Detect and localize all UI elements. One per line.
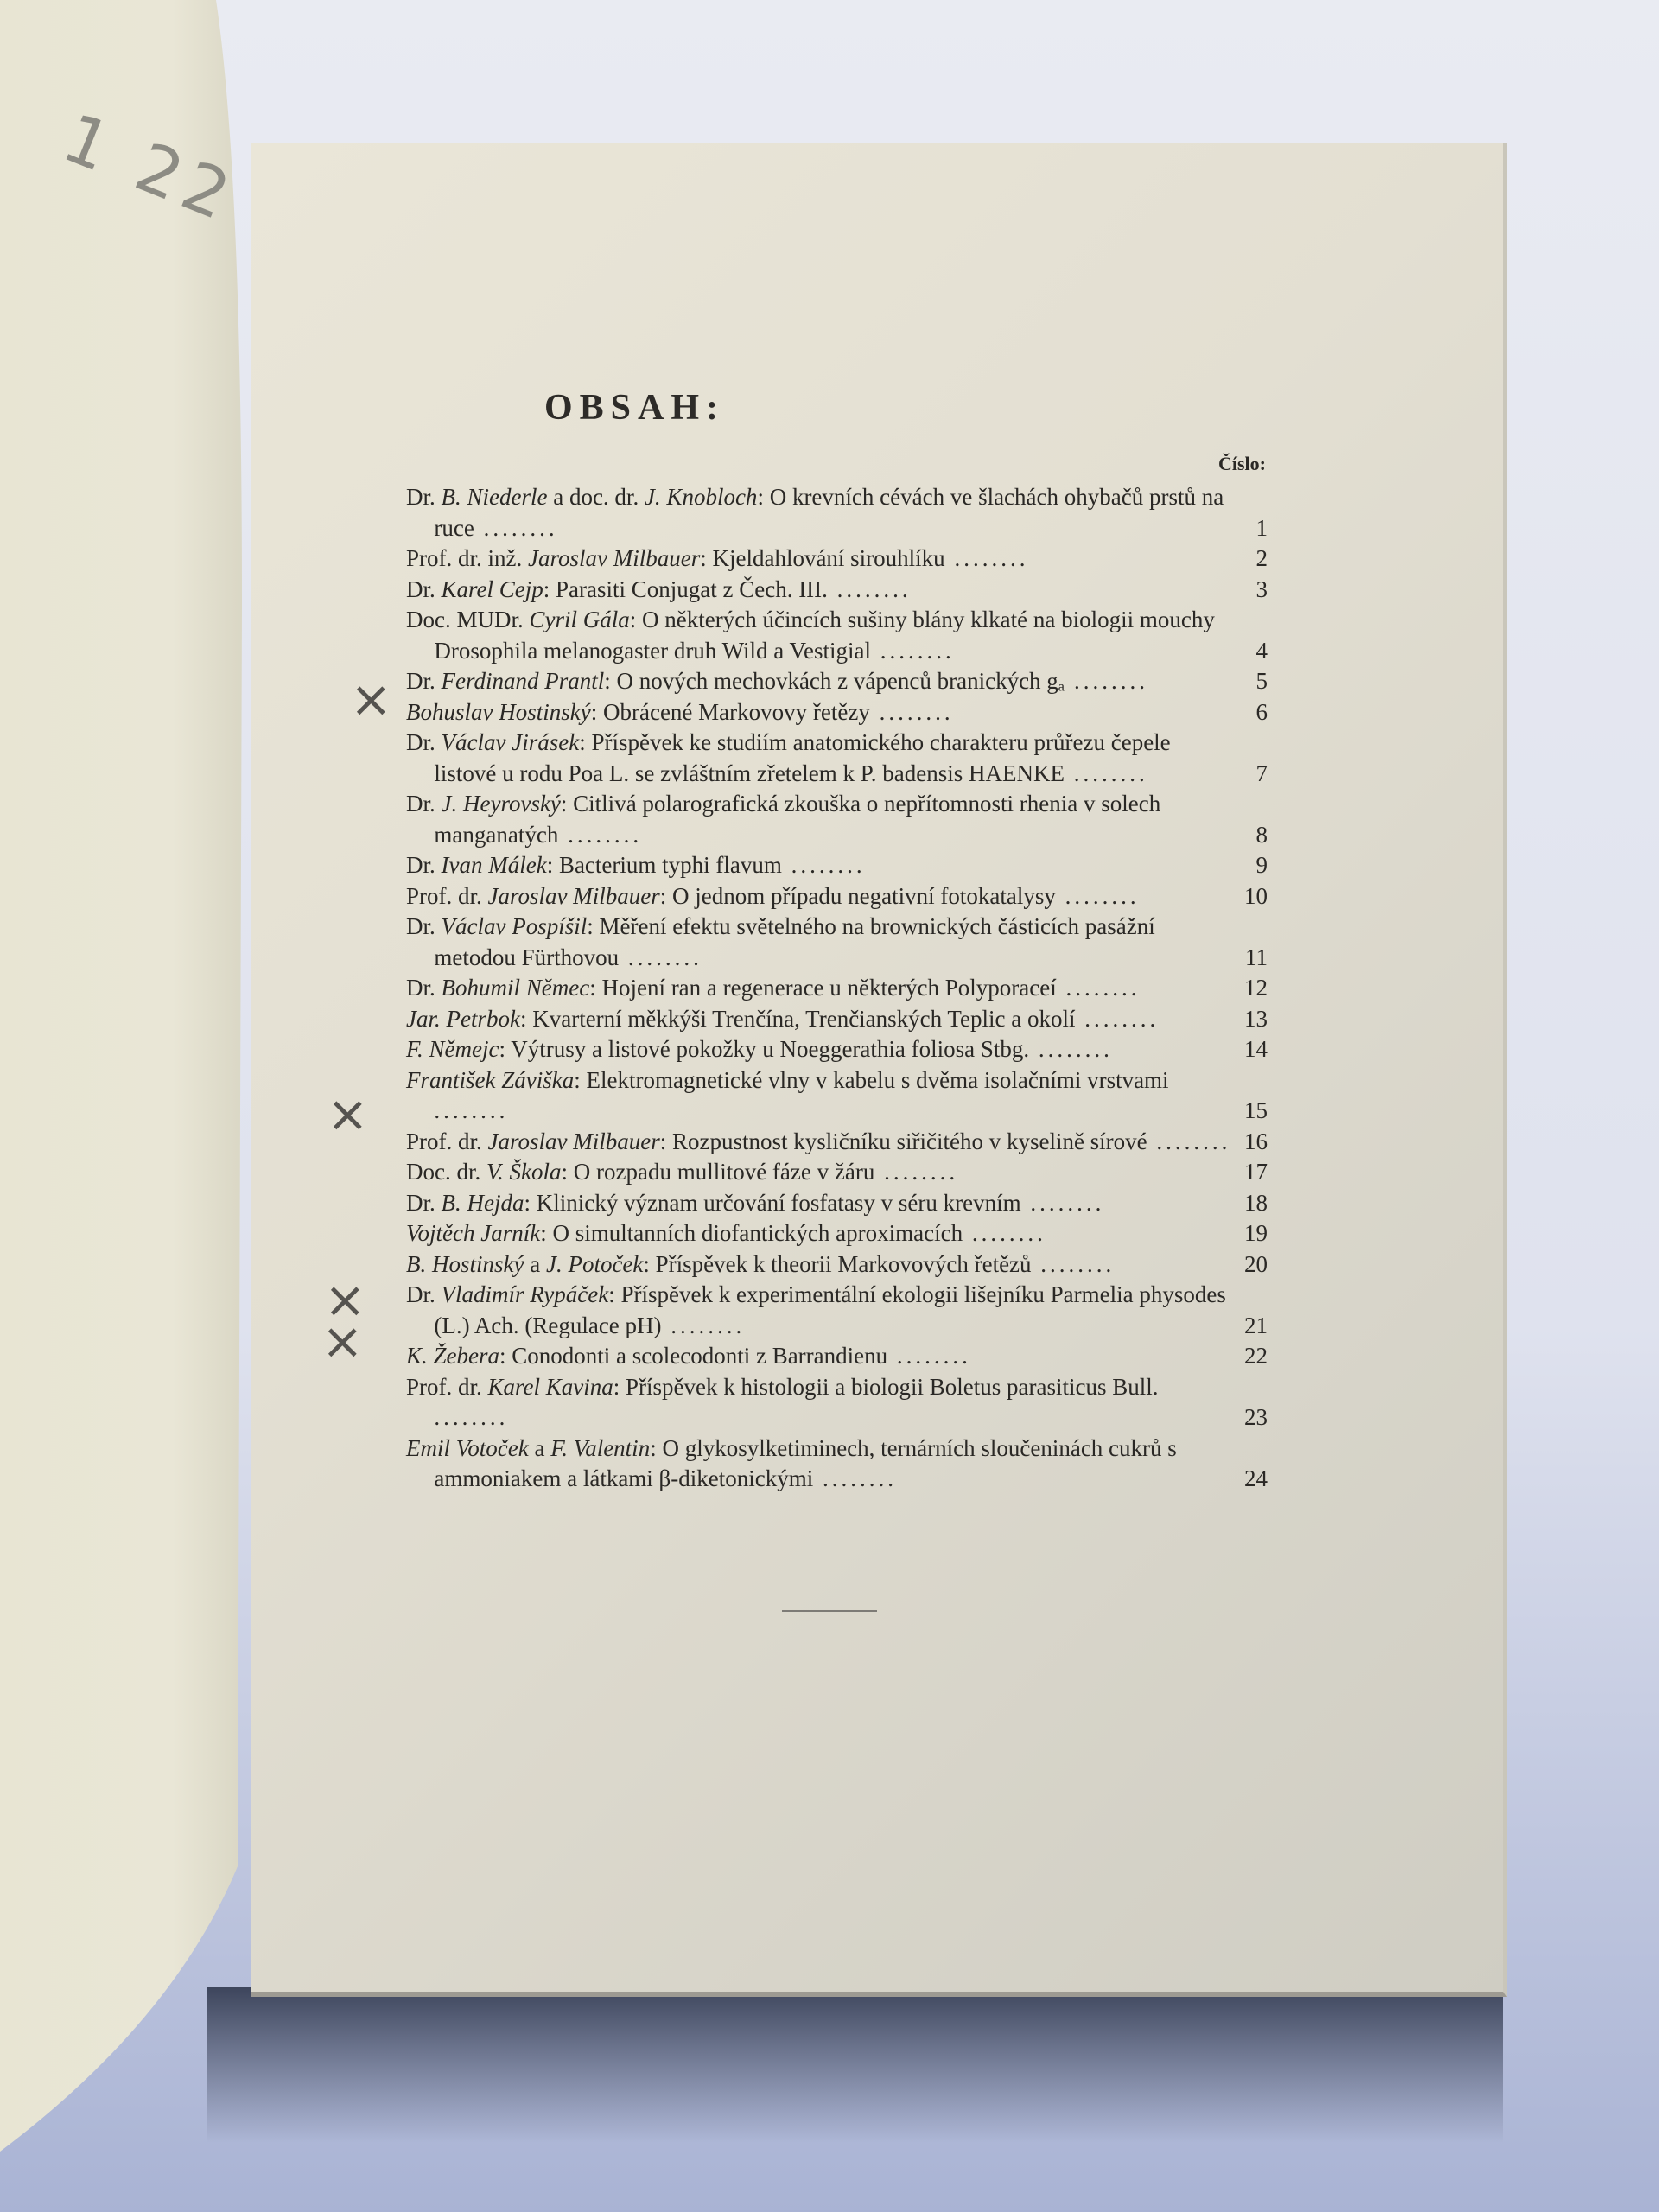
leader-dots: ........	[434, 1404, 508, 1430]
entry-number: 7	[1233, 759, 1268, 790]
entry-text: Dr. Bohumil Němec: Hojení ran a regenera…	[406, 973, 1233, 1004]
entry-number: 9	[1233, 850, 1268, 881]
entry-title: : Conodonti a scolecodonti z Barrandienu	[499, 1343, 887, 1369]
entry-text: Bohuslav Hostinský: Obrácené Markovovy ř…	[406, 697, 1233, 728]
toc-entry: Dr. Václav Pospíšil: Měření efektu světe…	[406, 912, 1257, 973]
entry-prefix: Doc. MUDr.	[406, 607, 530, 632]
entry-conjunction: a	[524, 1251, 545, 1277]
leader-dots: ........	[662, 1313, 746, 1338]
leader-dots: ........	[870, 699, 954, 725]
entry-text: F. Němejc: Výtrusy a listové pokožky u N…	[406, 1034, 1233, 1065]
entry-title: : Příspěvek k histologii a biologii Bole…	[613, 1374, 1159, 1400]
entry-author: B. Niederle	[442, 484, 548, 510]
toc-entry: František Záviška: Elektromagnetické vln…	[406, 1065, 1257, 1127]
entry-prefix: Dr.	[406, 852, 442, 878]
entry-number: 1	[1233, 513, 1268, 544]
entry-number: 4	[1233, 636, 1268, 667]
entry-author: Ivan Málek	[442, 852, 547, 878]
entry-author: V. Škola	[486, 1159, 562, 1185]
entry-text: Dr. B. Hejda: Klinický význam určování f…	[406, 1188, 1233, 1219]
entry-prefix: Dr.	[406, 668, 442, 694]
leader-dots: ........	[782, 852, 866, 878]
cross-mark-icon: ×	[350, 670, 392, 728]
entry-author: Vojtěch Jarník	[406, 1220, 540, 1246]
leader-dots: ........	[1029, 1036, 1113, 1062]
entry-title: : Kvarterní měkkýši Trenčína, Trenčiansk…	[520, 1006, 1076, 1032]
toc-entry: Dr. Bohumil Němec: Hojení ran a regenera…	[406, 973, 1257, 1004]
entry-number: 20	[1233, 1249, 1268, 1281]
entry-title: : O rozpadu mullitové fáze v žáru	[561, 1159, 874, 1185]
toc-entry: Prof. dr. Jaroslav Milbauer: Rozpustnost…	[406, 1127, 1257, 1158]
entry-number: 5	[1233, 666, 1268, 697]
entry-prefix: Dr.	[406, 1281, 442, 1307]
entry-text: Jar. Petrbok: Kvarterní měkkýši Trenčína…	[406, 1004, 1233, 1035]
entry-author: K. Žebera	[406, 1343, 499, 1369]
entry-prefix: Prof. dr.	[406, 883, 488, 909]
turned-page-flap	[0, 0, 246, 2212]
entry-title: : Kjeldahlování sirouhlíku	[700, 545, 944, 571]
entry-title: : Výtrusy a listové pokožky u Noeggerath…	[499, 1036, 1029, 1062]
entry-text: Prof. dr. Jaroslav Milbauer: O jednom př…	[406, 881, 1233, 912]
entry-text: Prof. dr. Jaroslav Milbauer: Rozpustnost…	[406, 1127, 1233, 1158]
entry-number: 10	[1233, 881, 1268, 912]
entry-author: Jaroslav Milbauer	[528, 545, 700, 571]
entry-author: Jaroslav Milbauer	[488, 1128, 660, 1154]
cross-mark-icon: ×	[321, 1312, 364, 1370]
entry-text: K. Žebera: Conodonti a scolecodonti z Ba…	[406, 1341, 1233, 1372]
entry-text: B. Hostinský a J. Potoček: Příspěvek k t…	[406, 1249, 1233, 1281]
entry-text: Dr. Václav Pospíšil: Měření efektu světe…	[406, 912, 1233, 973]
toc-entry: Dr. Vladimír Rypáček: Příspěvek k experi…	[406, 1280, 1257, 1341]
entry-prefix: Prof. dr.	[406, 1374, 488, 1400]
entry-prefix: Dr.	[406, 791, 442, 817]
entry-prefix: Dr.	[406, 729, 442, 755]
toc-title: OBSAH:	[544, 393, 1257, 424]
entry-title: : Hojení ran a regenerace u některých Po…	[589, 975, 1057, 1001]
entry-number: 19	[1233, 1218, 1268, 1249]
entry-text: Dr. B. Niederle a doc. dr. J. Knobloch: …	[406, 482, 1233, 543]
entry-title: : Elektromagnetické vlny v kabelu s dvěm…	[574, 1067, 1168, 1093]
toc-entry: Dr. B. Hejda: Klinický význam určování f…	[406, 1188, 1257, 1219]
entry-author: F. Němejc	[406, 1036, 499, 1062]
entry-title: : O nových mechovkách z vápenců branický…	[604, 668, 1065, 694]
entry-author: Karel Kavina	[488, 1374, 613, 1400]
toc-entry: Dr. J. Heyrovský: Citlivá polarografická…	[406, 789, 1257, 850]
toc-entry: Dr. Karel Cejp: Parasiti Conjugat z Čech…	[406, 575, 1257, 606]
leader-dots: ........	[871, 638, 955, 664]
toc-entry: Doc. dr. V. Škola: O rozpadu mullitové f…	[406, 1157, 1257, 1188]
toc-entry: Jar. Petrbok: Kvarterní měkkýši Trenčína…	[406, 1004, 1257, 1035]
entry-text: František Záviška: Elektromagnetické vln…	[406, 1065, 1233, 1127]
toc-entry: Doc. MUDr. Cyril Gála: O některých účinc…	[406, 605, 1257, 666]
entry-author: Karel Cejp	[442, 576, 543, 602]
entry-author: Vladimír Rypáček	[442, 1281, 609, 1307]
table-of-contents: OBSAH: Číslo: Dr. B. Niederle a doc. dr.…	[406, 393, 1257, 1495]
entry-author: Jaroslav Milbauer	[488, 883, 660, 909]
leader-dots: ........	[945, 545, 1029, 571]
entry-number: 23	[1233, 1402, 1268, 1433]
entry-prefix: Dr.	[406, 1190, 442, 1216]
leader-dots: ........	[1021, 1190, 1105, 1216]
toc-entry: Dr. Václav Jirásek: Příspěvek ke studiím…	[406, 728, 1257, 789]
entry-conjunction: a	[529, 1435, 550, 1461]
entry-title: : O simultanních diofantických aproximac…	[540, 1220, 963, 1246]
entry-author: Bohumil Němec	[442, 975, 590, 1001]
entry-number: 18	[1233, 1188, 1268, 1219]
entry-number: 8	[1233, 820, 1268, 851]
entry-text: Dr. Ferdinand Prantl: O nových mechovkác…	[406, 666, 1233, 697]
entry-text: Dr. Karel Cejp: Parasiti Conjugat z Čech…	[406, 575, 1233, 606]
entry-conjunction: a doc. dr.	[547, 484, 644, 510]
entry-prefix: Dr.	[406, 975, 442, 1001]
entry-author: Václav Pospíšil	[442, 913, 588, 939]
leader-dots: ........	[1065, 760, 1148, 786]
entry-text: Prof. dr. inž. Jaroslav Milbauer: Kjelda…	[406, 543, 1233, 575]
entry-author: J. Heyrovský	[442, 791, 561, 817]
entry-author: Ferdinand Prantl	[442, 668, 605, 694]
entry-author: Emil Votoček	[406, 1435, 529, 1461]
toc-entry: Vojtěch Jarník: O simultanních diofantic…	[406, 1218, 1257, 1249]
entry-number: 14	[1233, 1034, 1268, 1065]
book-shadow	[207, 1987, 1503, 2143]
leader-dots: ........	[887, 1343, 971, 1369]
entry-author: František Záviška	[406, 1067, 574, 1093]
entry-number: 6	[1233, 697, 1268, 728]
entry-text: Emil Votoček a F. Valentin: O glykosylke…	[406, 1433, 1233, 1495]
entry-number: 24	[1233, 1464, 1268, 1495]
leader-dots: ........	[1075, 1006, 1159, 1032]
entry-prefix: Dr.	[406, 913, 442, 939]
entry-author: Václav Jirásek	[442, 729, 580, 755]
entry-prefix: Dr.	[406, 484, 442, 510]
end-rule	[782, 1610, 877, 1612]
entry-author: B. Hejda	[442, 1190, 524, 1216]
entry-author: B. Hostinský	[406, 1251, 524, 1277]
entry-text: Doc. MUDr. Cyril Gála: O některých účinc…	[406, 605, 1233, 666]
toc-entry: Dr. B. Niederle a doc. dr. J. Knobloch: …	[406, 482, 1257, 543]
entry-number: 17	[1233, 1157, 1268, 1188]
toc-entry: F. Němejc: Výtrusy a listové pokožky u N…	[406, 1034, 1257, 1065]
leader-dots: ........	[619, 944, 702, 970]
leader-dots: ........	[1057, 975, 1141, 1001]
leader-dots: ........	[434, 1097, 508, 1123]
entry-number: 3	[1233, 575, 1268, 606]
leader-dots: ........	[828, 576, 912, 602]
entry-text: Prof. dr. Karel Kavina: Příspěvek k hist…	[406, 1372, 1233, 1433]
leader-dots: ........	[813, 1465, 897, 1491]
entry-title: : Klinický význam určování fosfatasy v s…	[524, 1190, 1020, 1216]
toc-entry: Prof. dr. Jaroslav Milbauer: O jednom př…	[406, 881, 1257, 912]
entry-text: Dr. Vladimír Rypáček: Příspěvek k experi…	[406, 1280, 1233, 1341]
number-column-label: Číslo:	[406, 448, 1266, 480]
entry-prefix: Doc. dr.	[406, 1159, 486, 1185]
entry-number: 13	[1233, 1004, 1268, 1035]
entry-number: 15	[1233, 1096, 1268, 1127]
entry-title: : Parasiti Conjugat z Čech. III.	[543, 576, 828, 602]
entry-text: Doc. dr. V. Škola: O rozpadu mullitové f…	[406, 1157, 1233, 1188]
leader-dots: ........	[1065, 668, 1148, 694]
entry-author: Bohuslav Hostinský	[406, 699, 591, 725]
leader-dots: ........	[1032, 1251, 1116, 1277]
toc-entry: Dr. Ivan Málek: Bacterium typhi flavum .…	[406, 850, 1257, 881]
entry-number: 2	[1233, 543, 1268, 575]
leader-dots: ........	[1147, 1128, 1231, 1154]
entry-prefix: Prof. dr. inž.	[406, 545, 528, 571]
toc-entry: Emil Votoček a F. Valentin: O glykosylke…	[406, 1433, 1257, 1495]
toc-entry: B. Hostinský a J. Potoček: Příspěvek k t…	[406, 1249, 1257, 1281]
entry-text: Vojtěch Jarník: O simultanních diofantic…	[406, 1218, 1233, 1249]
toc-entry: Prof. dr. Karel Kavina: Příspěvek k hist…	[406, 1372, 1257, 1433]
entry-title: : Bacterium typhi flavum	[547, 852, 782, 878]
leader-dots: ........	[474, 515, 558, 541]
toc-entry: Bohuslav Hostinský: Obrácené Markovovy ř…	[406, 697, 1257, 728]
entry-title: : Příspěvek k theorii Markovových řetězů	[643, 1251, 1031, 1277]
toc-entry: K. Žebera: Conodonti a scolecodonti z Ba…	[406, 1341, 1257, 1372]
toc-entry: Prof. dr. inž. Jaroslav Milbauer: Kjelda…	[406, 543, 1257, 575]
entry-text: Dr. Ivan Málek: Bacterium typhi flavum .…	[406, 850, 1233, 881]
entry-author-2: J. Potoček	[546, 1251, 643, 1277]
entry-author-2: F. Valentin	[550, 1435, 650, 1461]
entry-number: 21	[1233, 1311, 1268, 1342]
leader-dots: ........	[1056, 883, 1140, 909]
cross-mark-icon: ×	[327, 1084, 369, 1143]
leader-dots: ........	[558, 822, 642, 848]
entry-title: : O jednom případu negativní fotokatalys…	[660, 883, 1056, 909]
entry-number: 16	[1233, 1127, 1268, 1158]
leader-dots: ........	[874, 1159, 958, 1185]
entry-title: : Rozpustnost kysličníku siřičitého v ky…	[660, 1128, 1147, 1154]
entry-prefix: Prof. dr.	[406, 1128, 488, 1154]
entry-author: Cyril Gála	[530, 607, 630, 632]
toc-entries: Dr. B. Niederle a doc. dr. J. Knobloch: …	[406, 482, 1257, 1495]
entry-number: 22	[1233, 1341, 1268, 1372]
entry-number: 12	[1233, 973, 1268, 1004]
entry-number: 11	[1233, 943, 1268, 974]
entry-text: Dr. J. Heyrovský: Citlivá polarografická…	[406, 789, 1233, 850]
entry-text: Dr. Václav Jirásek: Příspěvek ke studiím…	[406, 728, 1233, 789]
entry-prefix: Dr.	[406, 576, 442, 602]
leader-dots: ........	[963, 1220, 1046, 1246]
entry-author: Jar. Petrbok	[406, 1006, 520, 1032]
entry-title: : Obrácené Markovovy řetězy	[591, 699, 870, 725]
entry-author-2: J. Knobloch	[645, 484, 757, 510]
toc-entry: Dr. Ferdinand Prantl: O nových mechovkác…	[406, 666, 1257, 697]
